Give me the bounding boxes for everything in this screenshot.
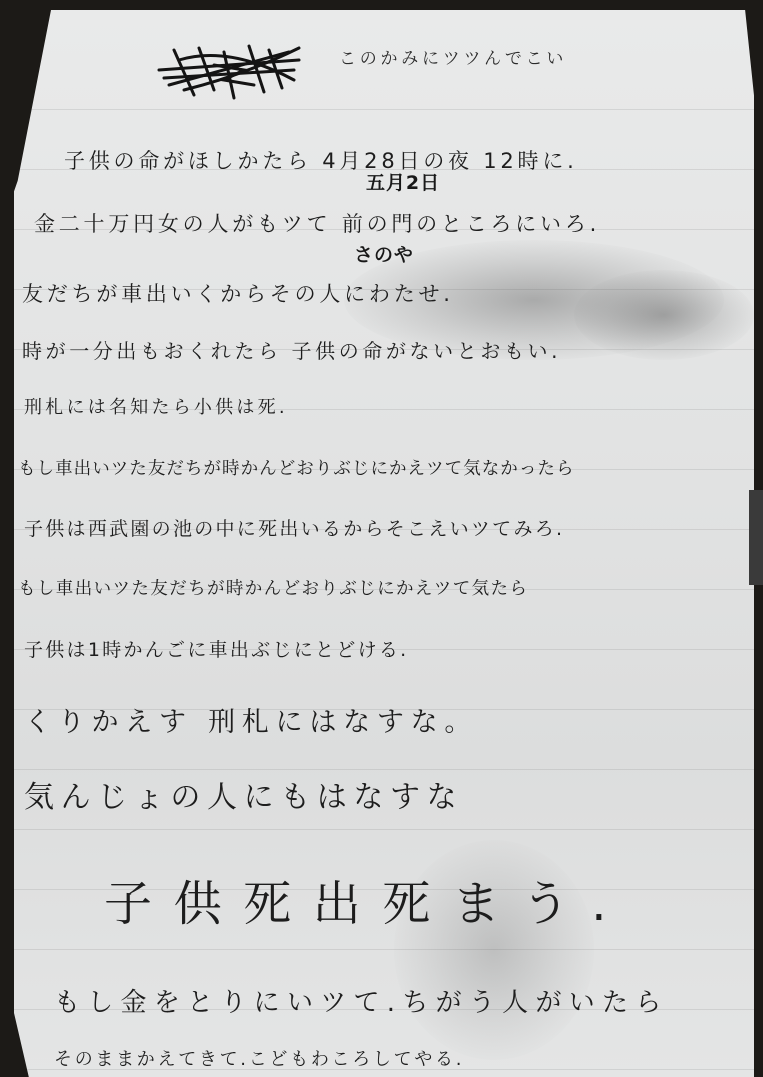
letter-paper: このかみにツツんでこい 子供の命がほしかたら 4月28日の夜 12時に. 五月2… (14, 10, 754, 1077)
letter-line-2: 金二十万円女の人がもツて 前の門のところにいろ. (34, 208, 600, 238)
paper-edge-shadow (749, 490, 763, 585)
letter-line-11: 気んじょの人にもはなすな (24, 772, 463, 816)
letter-line-12: 子供死出死まう. (104, 865, 628, 934)
letter-line-3: 友だちが車出いくからその人にわたせ. (22, 278, 454, 308)
letter-line-8: もし車出いツた友だちが時かんどおりぶじにかえツて気たら (18, 575, 528, 600)
letter-line-14: そのままかえてきて.こどもわころしてやる. (54, 1045, 464, 1071)
letter-line-5: 刑札には名知たら小供は死. (24, 393, 288, 419)
letter-line-1: 子供の命がほしかたら 4月28日の夜 12時に. (64, 145, 578, 175)
letter-line-7: 子供は西武園の池の中に死出いるからそこえいツてみろ. (24, 514, 564, 541)
letter-line-6: もし車出いツた友だちが時かんどおりぶじにかえツて気なかったら (18, 455, 575, 480)
header-note: このかみにツツんでこい (339, 44, 567, 69)
letter-line-10: くりかえす 刑札にはなすな。 (24, 700, 478, 739)
crossed-out-scribble (154, 40, 304, 100)
letter-line-13: もし金をとりにいツて.ちがう人がいたら (54, 982, 669, 1019)
correction-date: 五月2日 (366, 168, 440, 195)
ink-smudge (574, 270, 754, 360)
letter-line-4: 時が一分出もおくれたら 子供の命がないとおもい. (22, 335, 561, 364)
correction-place: さのや (354, 240, 414, 267)
letter-line-9: 子供は1時かんごに車出ぶじにとどける. (24, 635, 408, 662)
